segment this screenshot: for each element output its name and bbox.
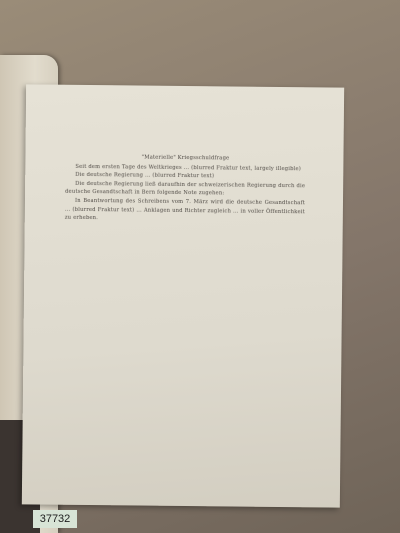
document-page: "Materielle" Kriegsschuldfrage Seit dem … bbox=[22, 84, 344, 507]
inventory-label: 37732 bbox=[33, 510, 77, 528]
document-text: "Materielle" Kriegsschuldfrage Seit dem … bbox=[65, 153, 306, 225]
paragraph: In Beantwortung des Schreibens vom 7. Mä… bbox=[65, 197, 305, 225]
